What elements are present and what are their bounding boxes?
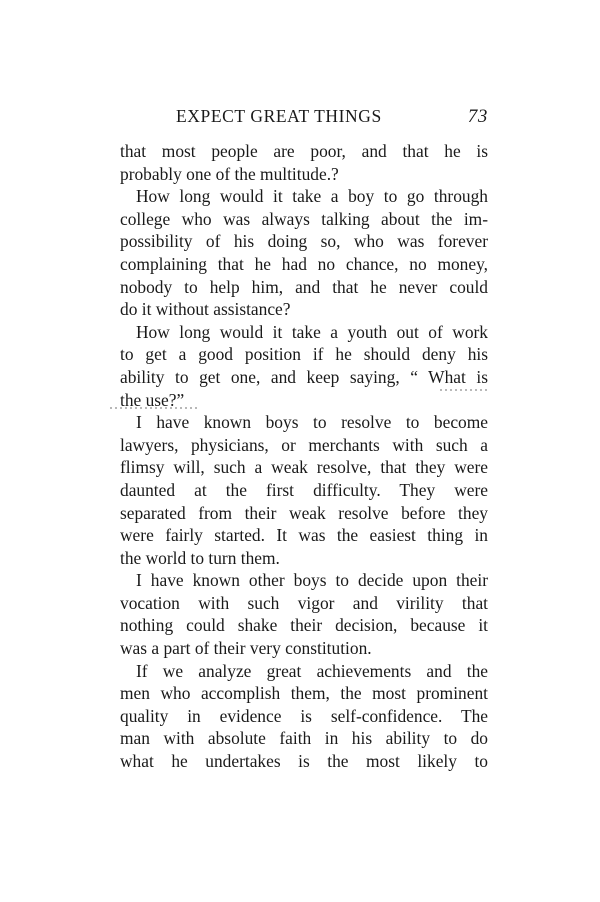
text-line: I have known other boys to decide upon t… [120,569,488,592]
text-line: to get a good position if he should deny… [120,343,488,366]
text-line: was a part of their very constitution. [120,637,488,660]
text-line: what he undertakes is the most likely to [120,750,488,773]
paragraph: How long would it take a boy to go throu… [120,185,488,321]
text-line: vocation with such vigor and virility th… [120,592,488,615]
text-line: flimsy will, such a weak resolve, that t… [120,456,488,479]
running-head: EXPECT GREAT THINGS 73 [120,104,488,134]
running-title: EXPECT GREAT THINGS [176,106,382,127]
text-line: quality in evidence is self-confidence. … [120,705,488,728]
text-line: college who was always talking about the… [120,208,488,231]
text-line: that most people are poor, and that he i… [120,140,488,163]
paragraph: If we analyze great achievements and the… [120,660,488,773]
scan-artifact [110,407,200,409]
text-line: I have known boys to resolve to become [120,411,488,434]
text-line: men who accomplish them, the most promin… [120,682,488,705]
text-line: separated from their weak resolve before… [120,502,488,525]
paragraph: How long would it take a youth out of wo… [120,321,488,411]
text-line: the world to turn them. [120,547,488,570]
book-page: EXPECT GREAT THINGS 73 that most people … [120,104,488,773]
paragraph: I have known other boys to decide upon t… [120,569,488,659]
text-line: possibility of his doing so, who was for… [120,230,488,253]
page-number: 73 [468,106,488,128]
text-line: nobody to help him, and that he never co… [120,276,488,299]
paragraph: I have known boys to resolve to become l… [120,411,488,569]
paragraph: that most people are poor, and that he i… [120,140,488,185]
text-line: daunted at the first difficulty. They we… [120,479,488,502]
body-text: that most people are poor, and that he i… [120,140,488,773]
text-line: probably one of the multitude.? [120,163,488,186]
text-line: man with absolute faith in his ability t… [120,727,488,750]
scan-artifact [440,389,488,391]
text-line: lawyers, physicians, or merchants with s… [120,434,488,457]
text-line: ability to get one, and keep saying, “ W… [120,366,488,389]
text-line: do it without assistance? [120,298,488,321]
text-line: nothing could shake their decision, beca… [120,614,488,637]
text-line: complaining that he had no chance, no mo… [120,253,488,276]
text-line: How long would it take a boy to go throu… [120,185,488,208]
text-line: were fairly started. It was the easiest … [120,524,488,547]
text-line: How long would it take a youth out of wo… [120,321,488,344]
text-line: If we analyze great achievements and the [120,660,488,683]
